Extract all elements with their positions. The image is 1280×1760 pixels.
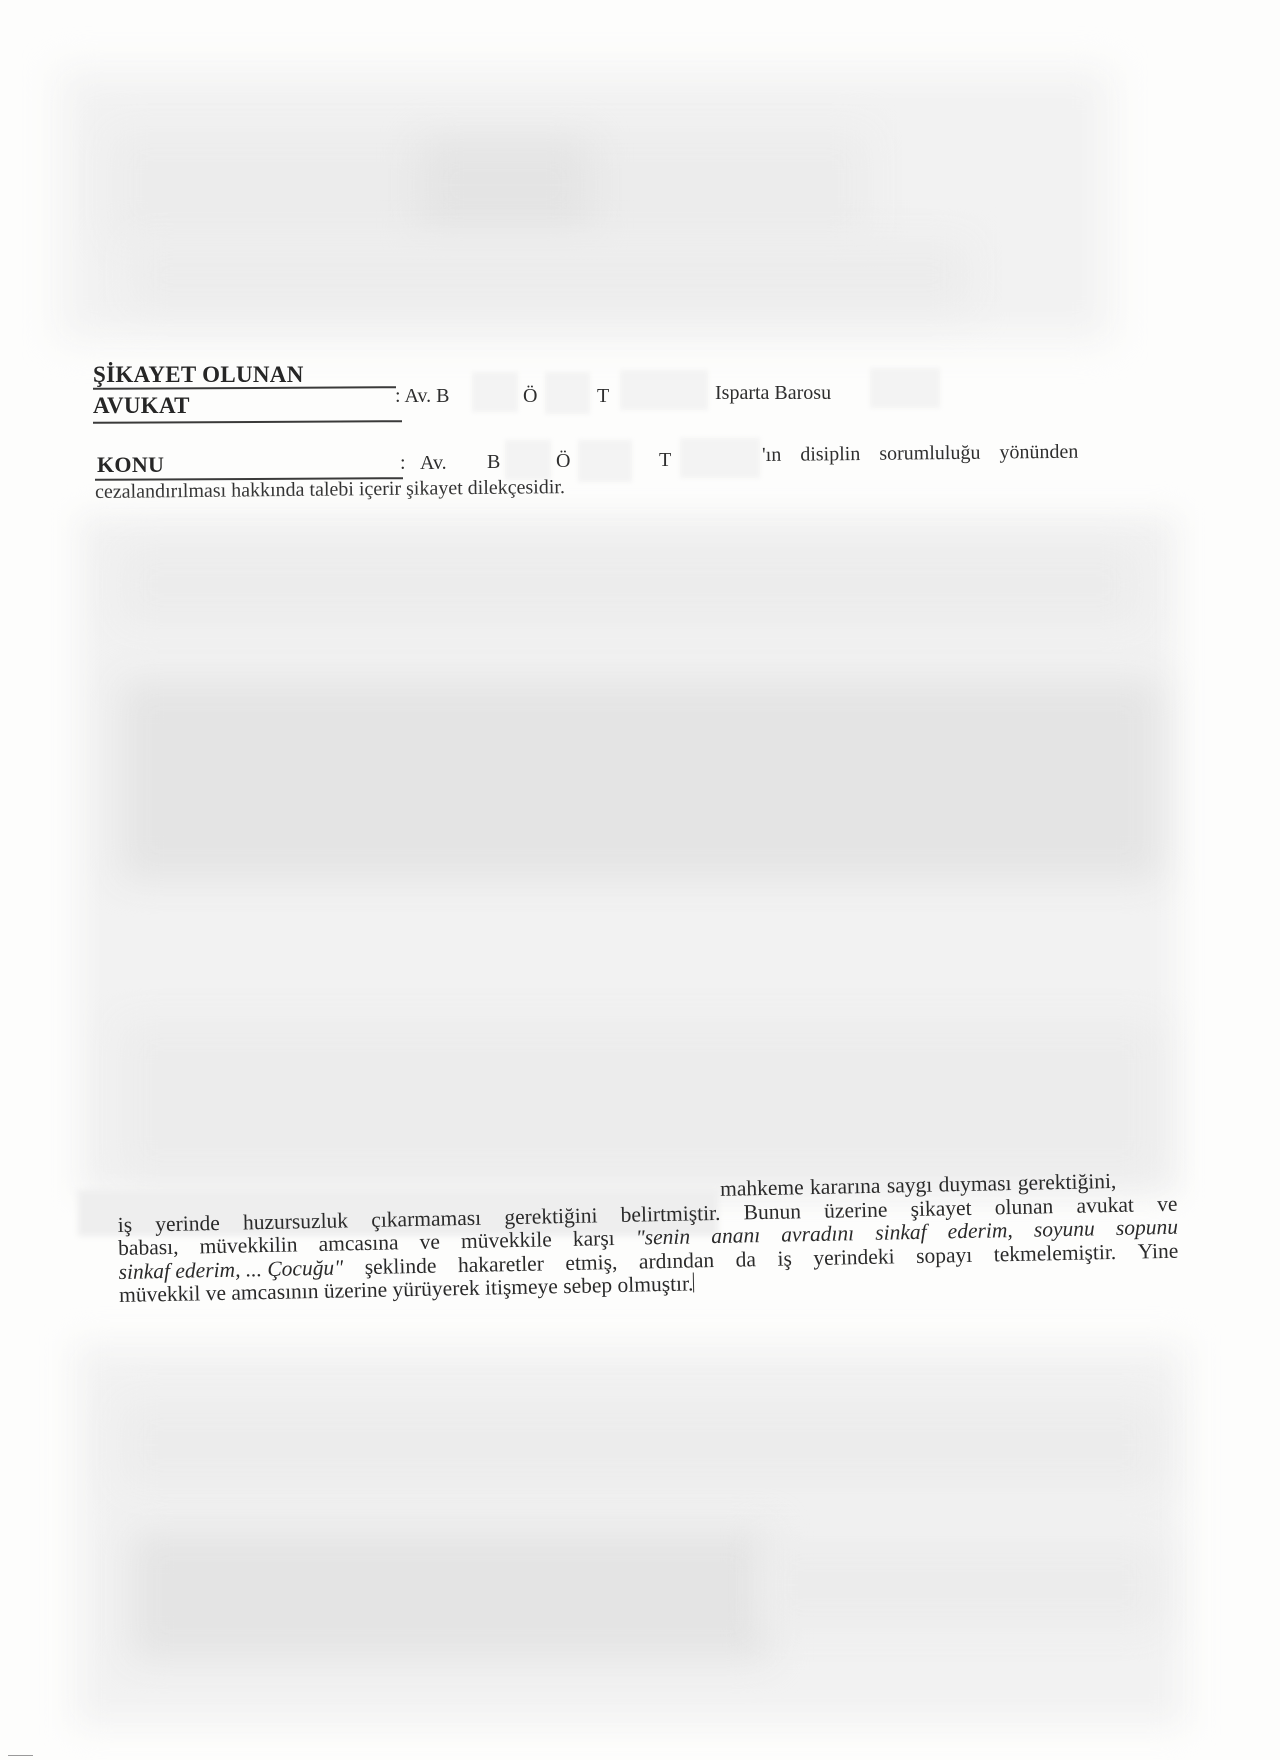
word: belirtmiştir. (620, 1201, 720, 1226)
redacted-bar-suffix (870, 368, 940, 408)
redacted-subject-name-3 (680, 438, 760, 478)
redacted-block-b (120, 680, 1160, 880)
word: müvekkile (461, 1228, 552, 1253)
word: tekmelemiştir. (994, 1240, 1117, 1266)
word: ardından (639, 1249, 715, 1274)
word: ananı (711, 1224, 760, 1248)
redacted-letterhead-lower (130, 240, 970, 310)
complainee-rule-2 (93, 420, 402, 424)
redacted-name-1 (472, 372, 518, 412)
word: etmiş, (565, 1250, 617, 1275)
word: avradını (781, 1222, 854, 1247)
word: ederim, (947, 1219, 1013, 1244)
word: avukat (1076, 1193, 1134, 1218)
subject-av: Av. (420, 452, 447, 475)
word: amcasına (318, 1231, 398, 1256)
redacted-name-2 (545, 372, 590, 414)
word: sopunu (1116, 1216, 1179, 1241)
word: şeklinde (365, 1254, 437, 1279)
word: ve (1157, 1192, 1178, 1216)
word: "senin (636, 1226, 691, 1251)
document-page: ŞİKAYET OLUNAN AVUKAT : Av. B Ö T Ispart… (0, 0, 1280, 1760)
word: müvekkilin (199, 1233, 297, 1258)
redacted-block-c (120, 1020, 1160, 1180)
word: gerektiğini (504, 1204, 598, 1229)
redacted-letterhead-mark (420, 140, 590, 230)
word: Bunun (743, 1200, 801, 1225)
subject-suffix: 'ın disiplin sorumluluğu yönünden (762, 441, 1078, 467)
word: da (735, 1248, 756, 1272)
subject-colon: : (400, 452, 406, 475)
subject-initial-1: B (487, 451, 500, 474)
complainee-label: ŞİKAYET OLUNAN (93, 362, 304, 388)
word: karşı (573, 1227, 615, 1251)
subject-continuation: cezalandırılması hakkında talebi içerir … (95, 476, 565, 504)
subject-label: KONU (97, 452, 164, 478)
word: olunan (995, 1195, 1054, 1220)
complainee-initial-2: Ö (523, 385, 537, 408)
bar-association: Isparta Barosu (715, 382, 831, 405)
redacted-subject-name-2 (578, 440, 632, 482)
redacted-closing-block-c (760, 1540, 1160, 1630)
word: huzursuzluk (243, 1209, 349, 1235)
word: hakaretler (458, 1252, 544, 1277)
subject-initial-3: T (659, 449, 671, 472)
complainee-initial-3: T (597, 385, 609, 408)
redacted-block-a (120, 545, 1140, 625)
word: sopayı (916, 1243, 973, 1268)
word: sinkaf (875, 1221, 927, 1246)
page-edge-mark (8, 1755, 33, 1756)
word: iş (777, 1247, 792, 1271)
redacted-name-3 (620, 370, 708, 410)
word: ve (419, 1231, 440, 1255)
redacted-closing-block-b (130, 1530, 770, 1660)
complainee-rule-1 (93, 386, 396, 390)
subject-initial-2: Ö (556, 450, 570, 473)
complainee-prefix: : Av. B (395, 385, 449, 408)
complainee-label-2: AVUKAT (93, 393, 190, 419)
word: iş (117, 1213, 132, 1237)
word: yerinde (155, 1211, 220, 1236)
redacted-subject-name-1 (505, 440, 551, 480)
word: yerindeki (813, 1245, 895, 1270)
word: soyunu (1034, 1217, 1095, 1242)
word: babası, (118, 1236, 179, 1261)
visible-paragraph: mahkeme kararına saygı duyması gerektiği… (117, 1169, 1179, 1308)
cursor-mark (693, 1272, 694, 1292)
word: üzerine (824, 1198, 888, 1223)
word: Yine (1137, 1239, 1178, 1263)
word: şikayet (910, 1196, 971, 1221)
redacted-closing-block-a (120, 1400, 1160, 1490)
